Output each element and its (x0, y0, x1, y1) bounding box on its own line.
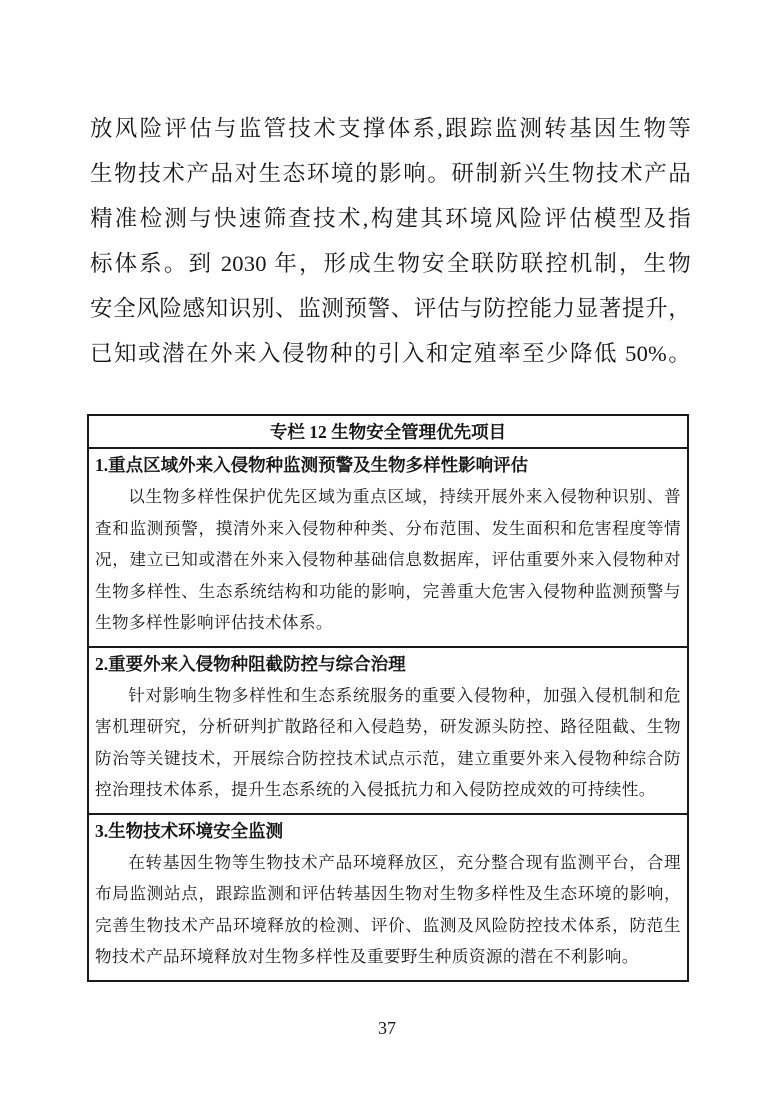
section-2-body: 针对影响生物多样性和生态系统服务的重要入侵物种，加强入侵机制和危害机理研究，分析… (95, 680, 681, 806)
paragraph-line: 精准检测与快速筛查技术,构建其环境风险评估模型及指 (90, 196, 691, 241)
section-3-heading: 3.生物技术环境安全监测 (95, 816, 681, 847)
section-3-body: 在转基因生物等生物技术产品环境释放区，充分整合现有监测平台，合理布局监测站点，跟… (95, 847, 681, 973)
body-paragraph: 放风险评估与监管技术支撑体系,跟踪监测转基因生物等 生物技术产品对生态环境的影响… (90, 106, 691, 376)
paragraph-line: 生物技术产品对生态环境的影响。研制新兴生物技术产品 (90, 151, 691, 196)
paragraph-line: 标体系。到 2030 年，形成生物安全联防联控机制，生物 (90, 241, 691, 286)
paragraph-line: 放风险评估与监管技术支撑体系,跟踪监测转基因生物等 (90, 106, 691, 151)
section-1-heading: 1.重点区域外来入侵物种监测预警及生物多样性影响评估 (95, 450, 681, 481)
special-column-panel: 专栏 12 生物安全管理优先项目 1.重点区域外来入侵物种监测预警及生物多样性影… (87, 414, 689, 982)
panel-section-3: 3.生物技术环境安全监测 在转基因生物等生物技术产品环境释放区，充分整合现有监测… (89, 813, 687, 980)
section-1-body: 以生物多样性保护优先区域为重点区域，持续开展外来入侵物种识别、普查和监测预警，摸… (95, 481, 681, 639)
paragraph-line: 已知或潜在外来入侵物种的引入和定殖率至少降低 50%。 (90, 331, 691, 376)
panel-title: 专栏 12 生物安全管理优先项目 (89, 416, 687, 449)
section-2-heading: 2.重要外来入侵物种阻截防控与综合治理 (95, 649, 681, 680)
page-number: 37 (0, 1016, 774, 1040)
paragraph-line: 安全风险感知识别、监测预警、评估与防控能力显著提升， (90, 286, 691, 331)
panel-section-1: 1.重点区域外来入侵物种监测预警及生物多样性影响评估 以生物多样性保护优先区域为… (89, 449, 687, 646)
panel-section-2: 2.重要外来入侵物种阻截防控与综合治理 针对影响生物多样性和生态系统服务的重要入… (89, 646, 687, 813)
document-page: 放风险评估与监管技术支撑体系,跟踪监测转基因生物等 生物技术产品对生态环境的影响… (0, 0, 774, 1104)
